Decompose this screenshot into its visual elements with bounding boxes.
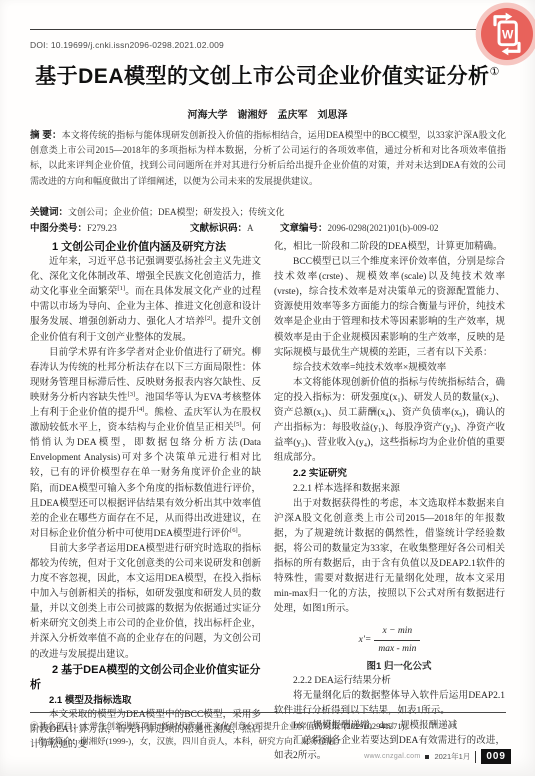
author-bio-footnote: 作者简介：谢湘妤(1999-)，女，汉族，四川自贡人，本科，研究方向：财务金融。 <box>30 734 506 749</box>
paragraph-continuation: 化，相比一阶段和二阶段的DEA模型，计算更加精确。 <box>274 240 505 255</box>
page-number: 009 <box>481 749 511 764</box>
page-footer: www.cnzgal.com 2021年1月 009 <box>364 749 511 764</box>
document-code-value: A <box>247 223 254 233</box>
word-convert-icon: W <box>475 2 535 66</box>
formula-fraction: x − minmax - min <box>374 624 420 657</box>
word-convert-button[interactable]: W <box>475 2 535 66</box>
journal-website: www.cnzgal.com <box>364 753 420 760</box>
paragraph: 将无量纲化后的数据整体导入软件后运用DEAP2.1软件进行分析得到以下结果，如表… <box>274 689 505 719</box>
formula-lhs: x′= <box>359 633 372 648</box>
citation-mark: [3] <box>128 391 136 398</box>
two-column-body: 1 文创公司企业价值内涵及研究方法 近年来，习近平总书记强调要弘扬社会主义先进文… <box>30 240 506 764</box>
document-page: W DOI: 10.19699/j.cnki.issn2096-0298.202… <box>0 0 535 776</box>
figure-1-caption: 图1 归一化公式 <box>274 659 505 674</box>
title-footnote-mark: ① <box>489 66 499 78</box>
left-column: 1 文创公司企业价值内涵及研究方法 近年来，习近平总书记强调要弘扬社会主义先进文… <box>30 240 261 764</box>
svg-text:W: W <box>502 28 514 42</box>
document-code-label: 文献标识码： <box>190 223 247 234</box>
section-2-heading: 2 基于DEA模型的文创公司企业价值实证分析 <box>30 663 261 693</box>
meta-row: 中图分类号：F279.23 文献标识码：A 文章编号：2096-0298(202… <box>30 220 506 234</box>
article-id-label: 文章编号： <box>280 223 328 234</box>
fund-footnote: ①基金项目：大学生创新训练项目“新时代背景下文化创意公司提升企业价值的对策”(2… <box>30 719 506 734</box>
section-2-2-2-heading: 2.2.2 DEA运行结果分析 <box>274 674 505 689</box>
doi-line: DOI: 10.19699/j.cnki.issn2096-0298.2021.… <box>30 40 224 50</box>
keywords-label: 关键词： <box>30 207 68 218</box>
paragraph: 本文将能体现创新价值的指标与传统指标结合，确定的投入指标为：研发强度(x₁)、研… <box>274 376 505 467</box>
section-2-1-heading: 2.1 模型及指标选取 <box>30 693 261 708</box>
efficiency-relation-formula: 综合技术效率=纯技术效率×规模效率 <box>274 361 505 376</box>
normalization-formula: x′=x − minmax - min <box>274 624 505 657</box>
abstract-block: 摘 要：本文将传统的指标与能体现研发创新投入价值的指标相结合，运用DEA模型中的… <box>30 128 506 189</box>
right-column: 化，相比一阶段和二阶段的DEA模型，计算更加精确。 BCC模型已以三个维度来评价… <box>274 240 505 764</box>
footnote-rule <box>30 712 506 713</box>
citation-mark: [1] <box>117 285 125 292</box>
document-code: 文献标识码：A <box>190 220 280 234</box>
paragraph: 目前大多学者运用DEA模型进行研究时选取的指标都较为传统，但对于文化创意类的公司… <box>30 542 261 663</box>
section-2-2-1-heading: 2.2.1 样本选择和数据来源 <box>274 482 505 497</box>
formula-numerator: x − min <box>374 624 420 641</box>
section-2-2-heading: 2.2 实证研究 <box>274 466 505 481</box>
citation-mark: [5] <box>234 421 242 428</box>
formula-denominator: max - min <box>374 641 420 657</box>
issue-date: 2021年1月 <box>434 751 470 762</box>
article-id: 文章编号：2096-0298(2021)01(b)-009-02 <box>280 220 506 234</box>
clc-number: 中图分类号：F279.23 <box>30 220 190 234</box>
paragraph: 近年来，习近平总书记强调要弘扬社会主义先进文化、深化文化体制改革、增强全民族文化… <box>30 255 261 346</box>
paragraph: BCC模型已以三个维度来评价效率值，分别是综合技术效率(crste)、规模效率(… <box>274 255 505 361</box>
keywords-text: 文创公司；企业价值；DEA模型；研发投入；传统文化 <box>68 207 285 217</box>
footnotes-block: ①基金项目：大学生创新训练项目“新时代背景下文化创意公司提升企业价值的对策”(2… <box>30 719 506 748</box>
square-bullet-icon <box>425 755 429 759</box>
abstract-label: 摘 要： <box>30 130 62 141</box>
clc-value: F279.23 <box>87 223 117 233</box>
authors-line: 河海大学 谢湘妤 孟庆军 刘思泽 <box>0 106 535 121</box>
citation-mark: [6] <box>230 527 238 534</box>
paragraph: 目前学术界有许多学者对企业价值进行了研究。柳春涛认为传统的杜邦分析法存在以下三方… <box>30 346 261 542</box>
paragraph-text: 。 <box>238 529 248 539</box>
paragraph-text: 。何悄悄认为DEA模型，即数据包络分析方法(Data Envelopment A… <box>30 423 261 539</box>
article-id-value: 2096-0298(2021)01(b)-009-02 <box>328 223 439 233</box>
abstract-text: 本文将传统的指标与能体现研发创新投入价值的指标相结合，运用DEA模型中的BCC模… <box>30 130 506 186</box>
footer-divider <box>475 751 476 763</box>
keywords-block: 关键词：文创公司；企业价值；DEA模型；研发投入；传统文化 <box>30 204 506 218</box>
section-1-heading: 1 文创公司企业价值内涵及研究方法 <box>30 240 261 255</box>
article-title-text: 基于DEA模型的文创上市公司企业价值实证分析 <box>35 65 489 88</box>
header-rule <box>30 29 478 30</box>
article-title: 基于DEA模型的文创上市公司企业价值实证分析① <box>0 60 535 90</box>
clc-label: 中图分类号： <box>30 223 87 234</box>
paragraph: 出于对数据获得性的考虑，本文选取样本数据来自沪深A股文化创意类上市公司2015—… <box>274 497 505 618</box>
